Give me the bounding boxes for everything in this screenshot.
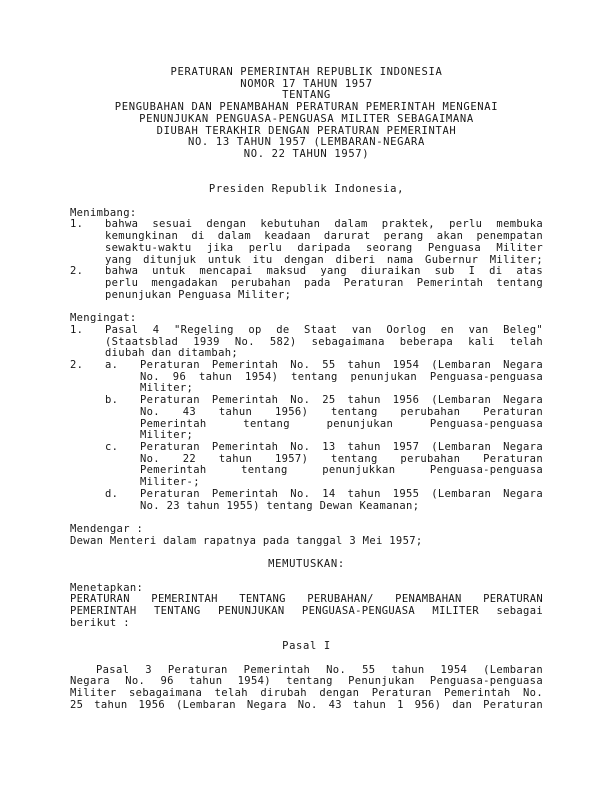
doc-line: 1.Pasal 4 "Regeling op de Staat van Oorl… xyxy=(70,325,543,337)
doc-text-line: 25 tahun 1956 (Lembaran Negara No. 43 ta… xyxy=(70,700,543,712)
list-number-marker: 1. xyxy=(70,325,83,337)
doc-text-line: penunjukan Penguasa Militer; xyxy=(105,290,543,302)
list-letter-marker: a. xyxy=(105,360,118,372)
doc-line: NO. 22 TAHUN 1957) xyxy=(70,149,543,161)
section-label-memutuskan: MEMUTUSKAN: xyxy=(70,559,543,571)
document-body: PERATURAN PEMERINTAH REPUBLIK INDONESIAN… xyxy=(70,67,543,712)
list-letter-marker: d. xyxy=(105,489,118,501)
doc-line: Presiden Republik Indonesia, xyxy=(70,184,543,196)
blank-line xyxy=(70,571,543,583)
list-letter-marker: c. xyxy=(105,442,118,454)
doc-line: sewaktu-waktu jika perlu daripada seoran… xyxy=(70,243,543,255)
doc-text-line: No. 23 tahun 1955) tentang Dewan Keamana… xyxy=(140,501,543,513)
article-heading-pasal-1: Pasal I xyxy=(70,641,543,653)
doc-line: 2.a.Peraturan Pemerintah No. 55 tahun 19… xyxy=(70,360,543,372)
blank-line xyxy=(70,301,543,313)
doc-text-line: Peraturan Pemerintah No. 55 tahun 1954 (… xyxy=(140,360,543,372)
doc-text-line: Pasal 4 "Regeling op de Staat van Oorlog… xyxy=(105,325,543,337)
doc-title-line: PERATURAN PEMERINTAH REPUBLIK INDONESIA xyxy=(70,67,543,79)
list-letter-marker: b. xyxy=(105,395,118,407)
salutation-line: Presiden Republik Indonesia, xyxy=(70,184,543,196)
doc-line: MEMUTUSKAN: xyxy=(70,559,543,571)
section-label-mendengar: Mendengar : xyxy=(70,524,543,536)
doc-text-line: sewaktu-waktu jika perlu daripada seoran… xyxy=(105,243,543,255)
doc-text-line: No. 43 tahun 1956) tentang perubahan Per… xyxy=(140,407,543,419)
doc-text-line: Peraturan Pemerintah No. 14 tahun 1955 (… xyxy=(140,489,543,501)
doc-title-line: NO. 22 TAHUN 1957) xyxy=(70,149,543,161)
doc-line: perlu mengadakan perubahan pada Peratura… xyxy=(70,278,543,290)
doc-text-line: Peraturan Pemerintah No. 13 tahun 1957 (… xyxy=(140,442,543,454)
doc-line: Dewan Menteri dalam rapatnya pada tangga… xyxy=(70,536,543,548)
doc-line: 25 tahun 1956 (Lembaran Negara No. 43 ta… xyxy=(70,700,543,712)
doc-line: No. 43 tahun 1956) tentang perubahan Per… xyxy=(70,407,543,419)
blank-line xyxy=(70,653,543,665)
doc-line: PEMERINTAH TENTANG PENUNJUKAN PENGUASA-P… xyxy=(70,606,543,618)
doc-line: No. 23 tahun 1955) tentang Dewan Keamana… xyxy=(70,501,543,513)
doc-text-line: No. 96 tahun 1954) tentang penunjukan Pe… xyxy=(140,372,543,384)
doc-line: Pasal I xyxy=(70,641,543,653)
blank-line xyxy=(70,196,543,208)
blank-line xyxy=(70,161,543,173)
doc-line: PERATURAN PEMERINTAH REPUBLIK INDONESIA xyxy=(70,67,543,79)
document-page: PERATURAN PEMERINTAH REPUBLIK INDONESIAN… xyxy=(0,0,612,792)
doc-text-line: Pemerintah tentang penunjukkan Penguasa-… xyxy=(140,465,543,477)
doc-line: berikut : xyxy=(70,618,543,630)
doc-line: d.Peraturan Pemerintah No. 14 tahun 1955… xyxy=(70,489,543,501)
doc-line: PENUNJUKAN PENGUASA-PENGUASA MILITER SEB… xyxy=(70,114,543,126)
doc-title-line: PENUNJUKAN PENGUASA-PENGUASA MILITER SEB… xyxy=(70,114,543,126)
doc-line: Mendengar : xyxy=(70,524,543,536)
doc-text-line: berikut : xyxy=(70,618,543,630)
list-number-marker: 1. xyxy=(70,219,83,231)
list-number-marker: 2. xyxy=(70,266,83,278)
list-number-marker: 2. xyxy=(70,360,83,372)
doc-text-line: Dewan Menteri dalam rapatnya pada tangga… xyxy=(70,536,543,548)
doc-line: penunjukan Penguasa Militer; xyxy=(70,290,543,302)
doc-text-line: perlu mengadakan perubahan pada Peratura… xyxy=(105,278,543,290)
doc-line: c.Peraturan Pemerintah No. 13 tahun 1957… xyxy=(70,442,543,454)
doc-text-line: Pemerintah tentang penunjukan Penguasa-p… xyxy=(140,419,543,431)
doc-text-line: PEMERINTAH TENTANG PENUNJUKAN PENGUASA-P… xyxy=(70,606,543,618)
